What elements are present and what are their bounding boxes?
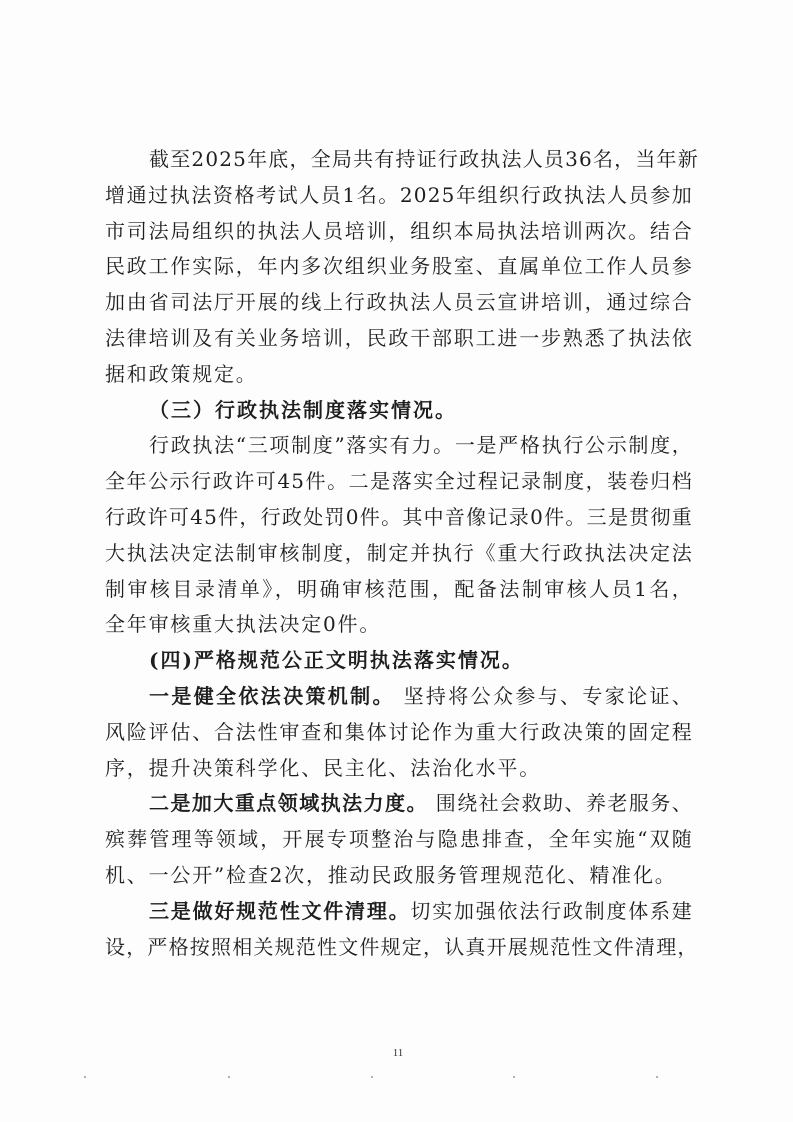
page-number: 11	[390, 1047, 406, 1059]
text-line: 制审核目录清单》，明确审核范围，配备法制审核人员1名，	[105, 572, 693, 608]
paragraph-normative-documents: 三是做好规范性文件清理。切实加强依法行政制度体系建 设，严格按照相关规范性文件规…	[105, 894, 693, 966]
paragraph-three-systems: 行政执法“三项制度”落实有力。一是严格执行公示制度， 全年公示行政许可45件。二…	[105, 428, 693, 643]
text-line: 二是加大重点领域执法力度。 围绕社会救助、养老服务、	[105, 786, 693, 822]
bold-lead-text: 二是加大重点领域执法力度。	[149, 791, 428, 815]
text-line: 增通过执法资格考试人员1名。2025年组织行政执法人员参加	[105, 178, 693, 214]
text-run: 切实加强依法行政制度体系建	[410, 899, 693, 923]
scan-mark	[513, 1076, 515, 1078]
text-run: 围绕社会救助、养老服务、	[428, 791, 693, 815]
scan-mark	[228, 1076, 230, 1078]
text-line: 加由省司法厅开展的线上行政执法人员云宣讲培训，通过综合	[105, 285, 693, 321]
text-line: 机、一公开”检查2次，推动民政服务管理规范化、精准化。	[105, 858, 693, 894]
paragraph-staffing-training: 截至2025年底，全局共有持证行政执法人员36名，当年新 增通过执法资格考试人员…	[105, 142, 693, 393]
paragraph-decision-mechanism: 一是健全依法决策机制。 坚持将公众参与、专家论证、 风险评估、合法性审查和集体讨…	[105, 679, 693, 786]
text-line: 据和政策规定。	[105, 357, 693, 393]
text-line: 序，提升决策科学化、民主化、法治化水平。	[105, 751, 693, 787]
text-line: 民政工作实际，年内多次组织业务股室、直属单位工作人员参	[105, 249, 693, 285]
text-line: 全年公示行政许可45件。二是落实全过程记录制度，装卷归档	[105, 464, 693, 500]
scan-mark	[84, 1076, 86, 1078]
document-page: 截至2025年底，全局共有持证行政执法人员36名，当年新 增通过执法资格考试人员…	[0, 0, 793, 1122]
section-heading-3: （三）行政执法制度落实情况。	[105, 393, 693, 429]
text-line: 风险评估、合法性审查和集体讨论作为重大行政决策的固定程	[105, 715, 693, 751]
text-line: 市司法局组织的执法人员培训，组织本局执法培训两次。结合	[105, 214, 693, 250]
text-run: 坚持将公众参与、专家论证、	[395, 684, 693, 708]
scan-mark	[656, 1076, 658, 1078]
text-line: 行政许可45件，行政处罚0件。其中音像记录0件。三是贯彻重	[105, 500, 693, 536]
document-body: 截至2025年底，全局共有持证行政执法人员36名，当年新 增通过执法资格考试人员…	[105, 142, 693, 965]
bold-lead-text: 三是做好规范性文件清理。	[149, 899, 410, 923]
text-line: 大执法决定法制审核制度，制定并执行《重大行政执法决定法	[105, 536, 693, 572]
text-line: 三是做好规范性文件清理。切实加强依法行政制度体系建	[105, 894, 693, 930]
scan-mark	[371, 1076, 373, 1078]
text-line: 法律培训及有关业务培训，民政干部职工进一步熟悉了执法依	[105, 321, 693, 357]
text-line: 全年审核重大执法决定0件。	[105, 607, 693, 643]
text-line: 一是健全依法决策机制。 坚持将公众参与、专家论证、	[105, 679, 693, 715]
bold-lead-text: 一是健全依法决策机制。	[149, 684, 395, 708]
text-line: 设，严格按照相关规范性文件规定，认真开展规范性文件清理，	[105, 930, 693, 966]
text-line: 殡葬管理等领域，开展专项整治与隐患排查，全年实施“双随	[105, 822, 693, 858]
text-line: 截至2025年底，全局共有持证行政执法人员36名，当年新	[105, 142, 693, 178]
section-heading-4: (四)严格规范公正文明执法落实情况。	[105, 643, 693, 679]
text-line: 行政执法“三项制度”落实有力。一是严格执行公示制度，	[105, 428, 693, 464]
paragraph-key-enforcement: 二是加大重点领域执法力度。 围绕社会救助、养老服务、 殡葬管理等领域，开展专项整…	[105, 786, 693, 893]
